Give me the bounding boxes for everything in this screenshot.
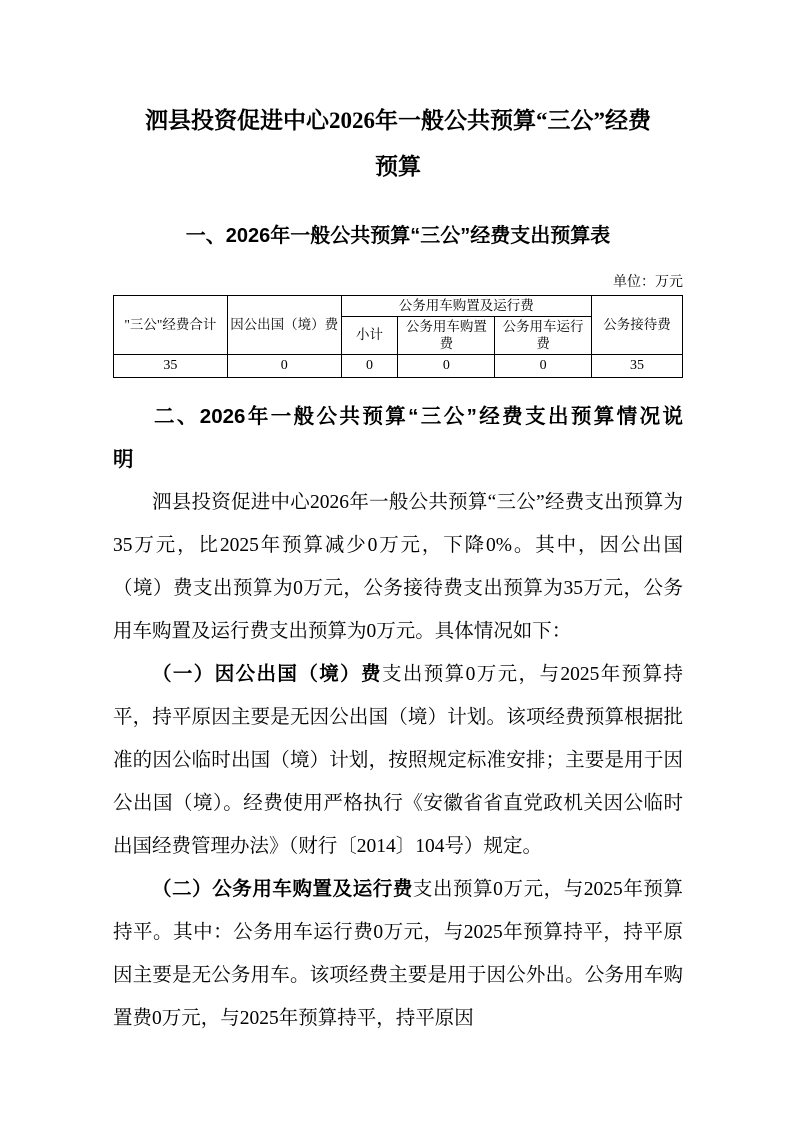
table-header-row-1: "三公"经费合计 因公出国（境）费 公务用车购置及运行费 公务接待费 xyxy=(114,296,683,317)
value-cell-reception: 35 xyxy=(591,354,682,377)
paragraph-abroad-bold-lead: （一）因公出国（境）费 xyxy=(152,664,382,685)
paragraph-vehicle-expense: （二）公务用车购置及运行费支出预算0万元，与2025年预算持平。其中：公务用车运… xyxy=(113,868,683,1040)
value-cell-purchase: 0 xyxy=(398,354,495,377)
document-title: 泗县投资促进中心2026年一般公共预算“三公”经费 预算 xyxy=(113,98,683,190)
document-title-line-1: 泗县投资促进中心2026年一般公共预算“三公”经费 xyxy=(113,98,683,144)
section-2-heading-line-2: 明 xyxy=(113,438,683,481)
header-cell-vehicle-group: 公务用车购置及运行费 xyxy=(341,296,591,317)
value-cell-operation: 0 xyxy=(495,354,592,377)
table-value-row: 35 0 0 0 0 35 xyxy=(114,354,683,377)
value-cell-total: 35 xyxy=(114,354,228,377)
budget-table: "三公"经费合计 因公出国（境）费 公务用车购置及运行费 公务接待费 小计 公务… xyxy=(113,295,683,378)
value-cell-abroad: 0 xyxy=(227,354,341,377)
value-cell-subtotal: 0 xyxy=(341,354,398,377)
paragraph-abroad-text: 支出预算0万元，与2025年预算持平，持平原因主要是无因公出国（境）计划。该项经… xyxy=(113,664,683,857)
paragraph-abroad-expense: （一）因公出国（境）费支出预算0万元，与2025年预算持平，持平原因主要是无因公… xyxy=(113,653,683,868)
header-cell-total: "三公"经费合计 xyxy=(114,296,228,355)
section-2-heading-line-1: 二、2026年一般公共预算“三公”经费支出预算情况说 xyxy=(113,395,683,438)
document-title-line-2: 预算 xyxy=(113,144,683,190)
paragraph-overview-text: 泗县投资促进中心2026年一般公共预算“三公”经费支出预算为35万元，比2025… xyxy=(113,492,683,642)
header-cell-abroad: 因公出国（境）费 xyxy=(227,296,341,355)
header-cell-purchase: 公务用车购置费 xyxy=(398,316,495,354)
section-2-heading: 二、2026年一般公共预算“三公”经费支出预算情况说 明 xyxy=(113,395,683,481)
section-1-heading: 一、2026年一般公共预算“三公”经费支出预算表 xyxy=(113,222,683,250)
paragraph-vehicle-text: 支出预算0万元，与2025年预算持平。其中：公务用车运行费0万元，与2025年预… xyxy=(113,879,683,1029)
paragraph-vehicle-bold-lead: （二）公务用车购置及运行费 xyxy=(152,879,413,900)
document-page: 泗县投资促进中心2026年一般公共预算“三公”经费 预算 一、2026年一般公共… xyxy=(0,0,793,1122)
header-cell-operation: 公务用车运行费 xyxy=(495,316,592,354)
unit-label: 单位：万元 xyxy=(113,274,683,292)
header-cell-reception: 公务接待费 xyxy=(591,296,682,355)
header-cell-subtotal: 小计 xyxy=(341,316,398,354)
paragraph-overview: 泗县投资促进中心2026年一般公共预算“三公”经费支出预算为35万元，比2025… xyxy=(113,481,683,653)
